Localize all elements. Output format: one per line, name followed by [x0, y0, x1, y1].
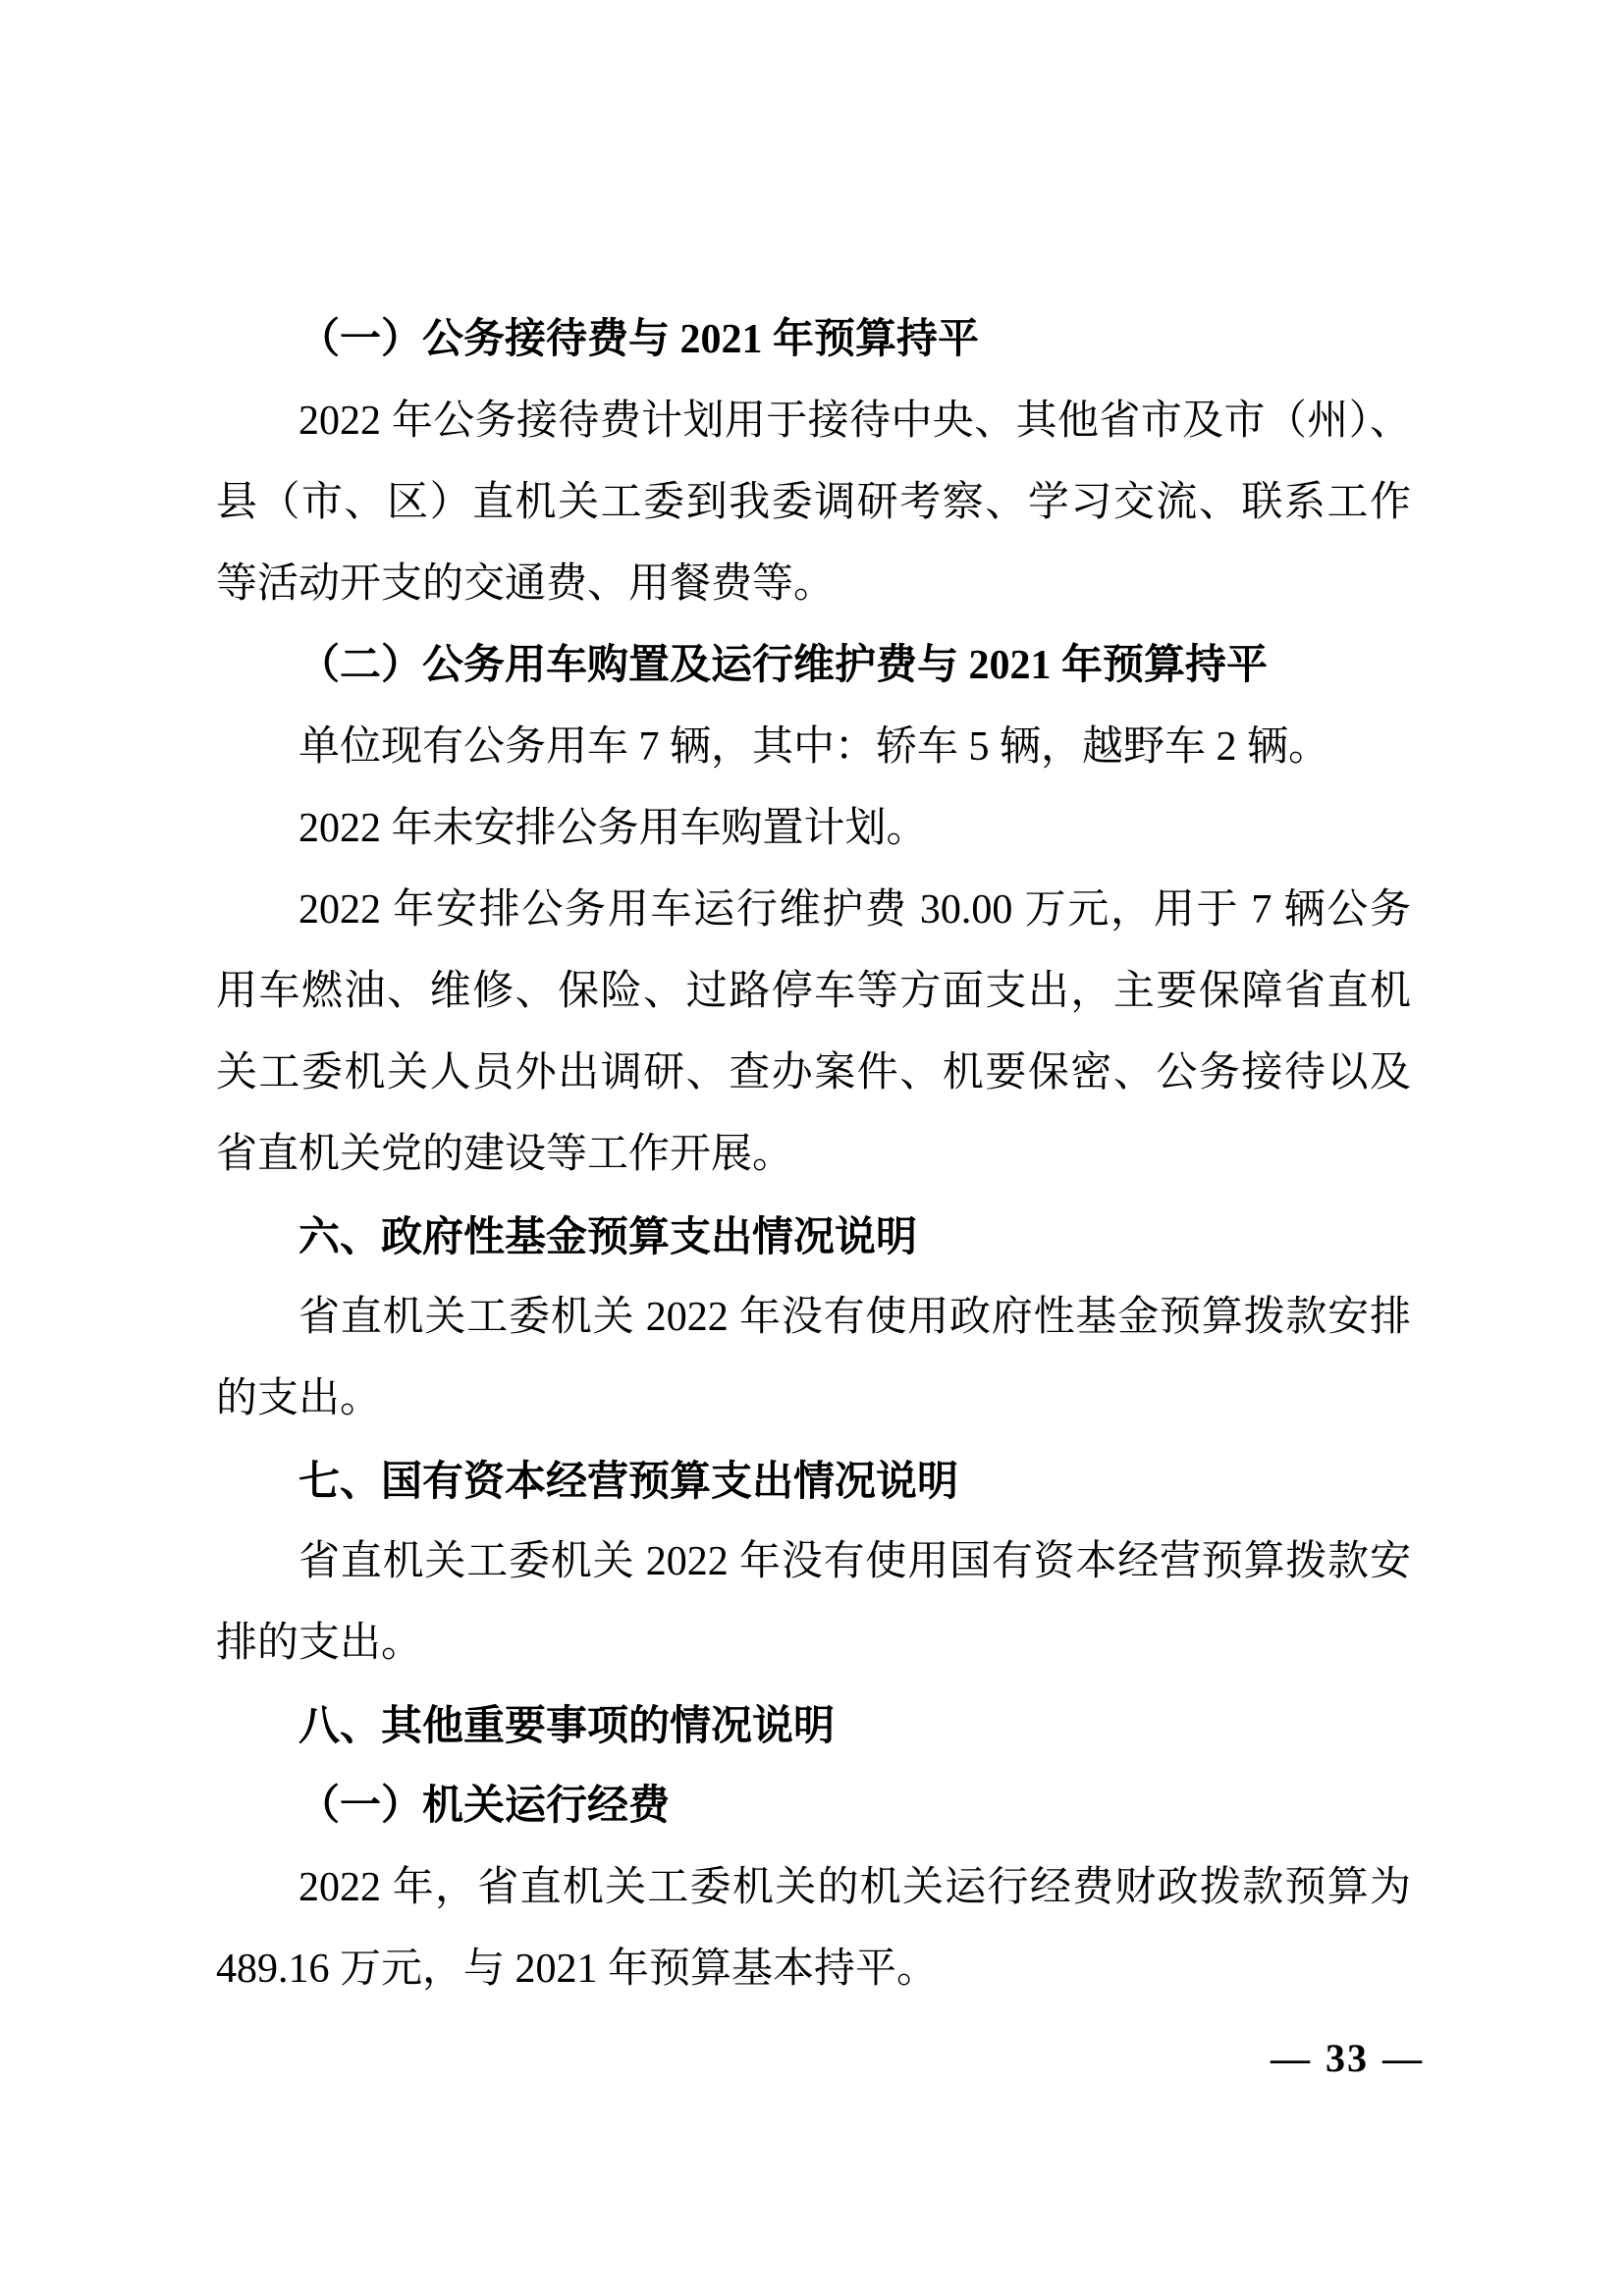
heading-state-capital-budget: 七、国有资本经营预算支出情况说明 [216, 1440, 1411, 1522]
para-official-reception-fee: 2022 年公务接待费计划用于接待中央、其他省市及市（州）、县（市、区）直机关工… [216, 381, 1411, 625]
para-vehicle-count: 单位现有公务用车 7 辆，其中：轿车 5 辆，越野车 2 辆。 [216, 707, 1411, 788]
para-no-vehicle-purchase-plan: 2022 年未安排公务用车购置计划。 [216, 788, 1411, 870]
document-body: （一）公务接待费与 2021 年预算持平 2022 年公务接待费计划用于接待中央… [216, 299, 1411, 2010]
footer-dash-left: — [1271, 2036, 1312, 2080]
heading-vehicle-purchase-maintenance-fee: （二）公务用车购置及运行维护费与 2021 年预算持平 [216, 625, 1411, 707]
heading-government-fund-budget: 六、政府性基金预算支出情况说明 [216, 1196, 1411, 1277]
para-state-capital-budget: 省直机关工委机关 2022 年没有使用国有资本经营预算拨款安排的支出。 [216, 1522, 1411, 1684]
para-agency-operating-expense: 2022 年，省直机关工委机关的机关运行经费财政拨款预算为 489.16 万元，… [216, 1847, 1411, 2010]
para-vehicle-maintenance-budget: 2022 年安排公务用车运行维护费 30.00 万元，用于 7 辆公务用车燃油、… [216, 870, 1411, 1196]
heading-agency-operating-expense: （一）机关运行经费 [216, 1766, 1411, 1847]
heading-official-reception-fee: （一）公务接待费与 2021 年预算持平 [216, 299, 1411, 381]
page-number: 33 [1326, 2036, 1369, 2080]
document-page: （一）公务接待费与 2021 年预算持平 2022 年公务接待费计划用于接待中央… [0, 0, 1624, 2296]
heading-other-important-matters: 八、其他重要事项的情况说明 [216, 1684, 1411, 1766]
footer-dash-right: — [1382, 2036, 1424, 2080]
page-footer: —33— [1271, 2034, 1424, 2083]
para-government-fund-budget: 省直机关工委机关 2022 年没有使用政府性基金预算拨款安排的支出。 [216, 1277, 1411, 1440]
